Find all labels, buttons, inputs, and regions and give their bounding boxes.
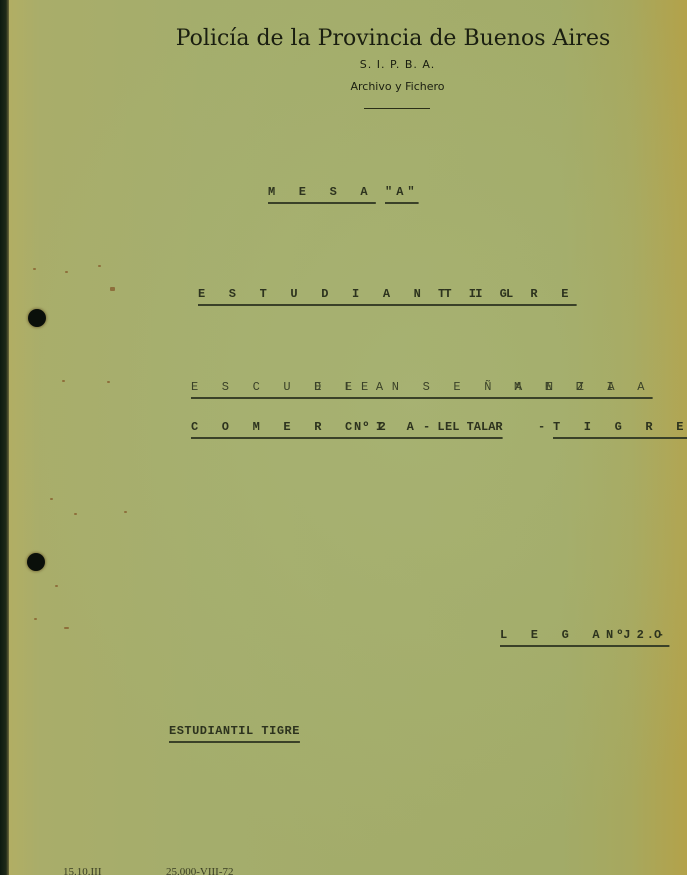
- document-page: Policía de la Provincia de Buenos Aires …: [0, 0, 687, 875]
- stain-speck: [34, 618, 37, 620]
- school-word: M E D I A: [514, 380, 653, 394]
- stain-speck: [98, 265, 101, 267]
- stain-speck: [74, 513, 77, 515]
- school-city: T I G R E: [553, 420, 687, 434]
- stain-speck: [124, 511, 127, 513]
- factor-location: T I G R E: [438, 287, 577, 301]
- school-word: D E: [314, 380, 360, 394]
- school-dash: -: [538, 420, 545, 434]
- stain-speck: [65, 271, 68, 273]
- form-code: 15.10.III: [63, 866, 102, 875]
- school-locality: EL TALAR: [445, 420, 503, 434]
- school-dash: -: [423, 420, 430, 434]
- stain-speck: [107, 381, 110, 383]
- legajo-number: Nº 2.-: [606, 628, 667, 642]
- school-word: C O M E R C I A L: [191, 420, 453, 434]
- stain-speck: [33, 268, 36, 270]
- header-divider: [364, 108, 430, 109]
- summary-text: ESTUDIANTIL TIGRE: [169, 724, 300, 738]
- stain-speck: [50, 498, 53, 500]
- stain-speck: [110, 287, 115, 291]
- department: Archivo y Fichero: [0, 80, 687, 93]
- mesa-label: M E S A: [268, 185, 376, 199]
- punch-hole-icon: [28, 309, 46, 327]
- stain-speck: [55, 585, 58, 587]
- punch-hole-icon: [27, 553, 45, 571]
- institution-title: Policía de la Provincia de Buenos Aires: [0, 26, 687, 51]
- stain-speck: [62, 380, 65, 382]
- school-number: Nº 2: [354, 420, 387, 434]
- print-run: 25.000-VIII-72: [166, 866, 234, 875]
- stain-speck: [64, 627, 69, 629]
- binding-edge: [0, 0, 9, 875]
- mesa-value: "A": [385, 185, 419, 199]
- acronym: S. I. P. B. A.: [0, 58, 687, 71]
